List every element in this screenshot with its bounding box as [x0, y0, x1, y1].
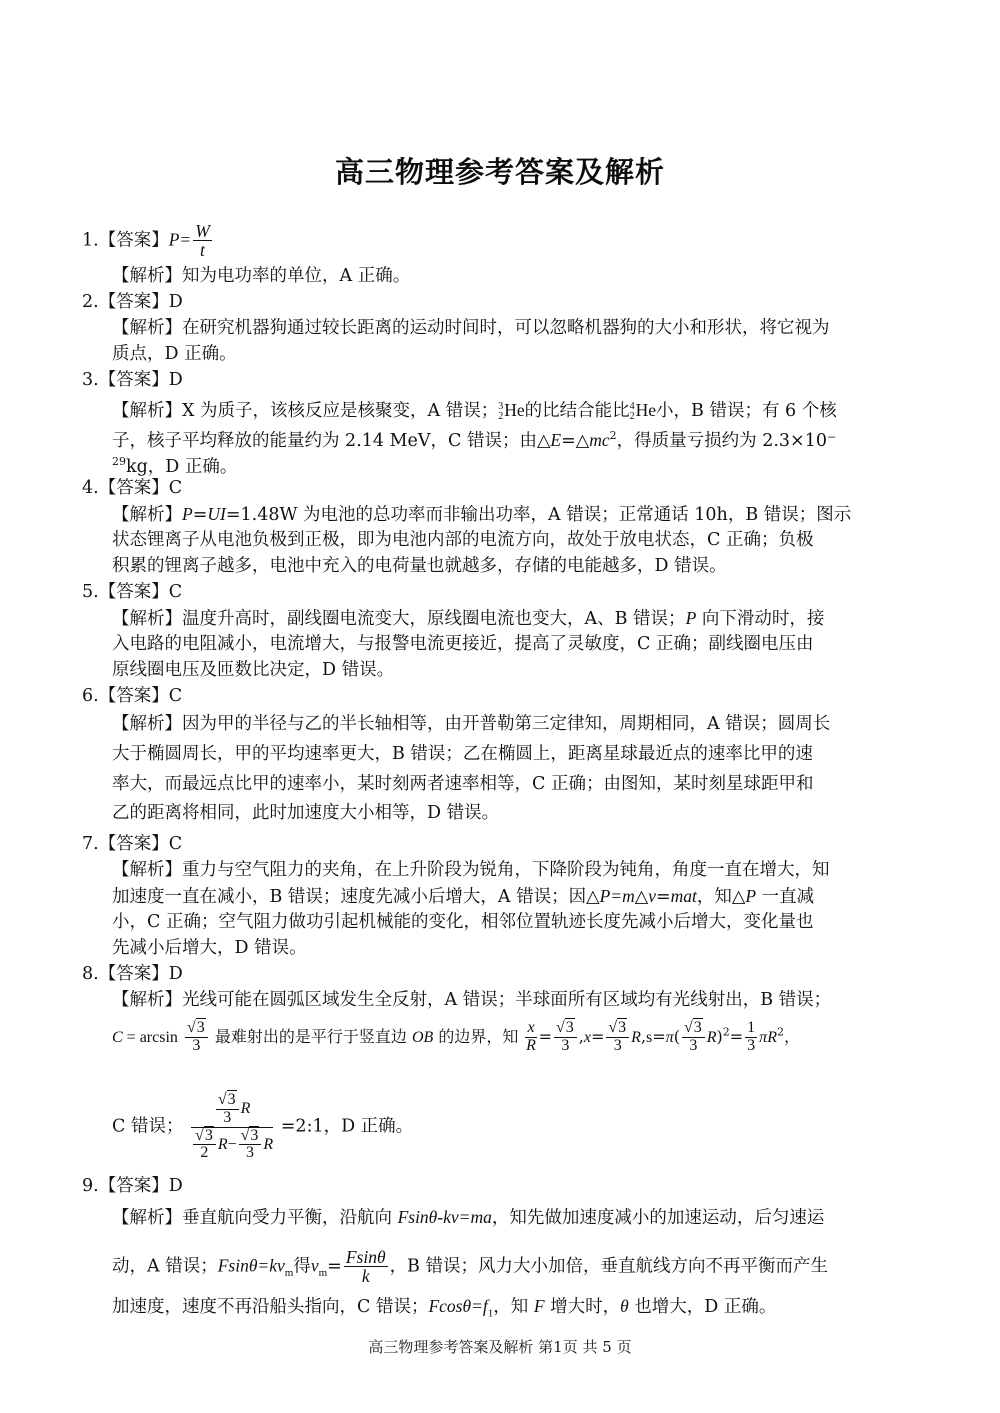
question-2-answer: 2.【答案】D — [82, 290, 183, 314]
analysis-line: 先减小后增大，D 错误。 — [112, 936, 307, 960]
var-C: C — [112, 1029, 123, 1046]
question-number: 3. — [82, 370, 99, 390]
analysis-line: 动，A 错误；Fsinθ=kvm得vm=Fsinθk，B 错误；风力大小加倍，垂… — [112, 1248, 828, 1286]
analysis-text: 增大时， — [545, 1297, 621, 1317]
analysis-text: ，知先做加速度减小的加速运动，后匀速运 — [492, 1208, 825, 1228]
question-2-analysis: 【解析】在研究机器狗通过较长距离的运动时间时，可以忽略机器狗的大小和形状，将它视… — [112, 316, 830, 340]
question-3-analysis: 【解析】X 为质子，该核反应是核聚变，A 错误；32He的比结合能比42He小，… — [112, 398, 837, 423]
pi: π — [666, 1029, 674, 1046]
fraction-fsin-over-k: Fsinθk — [344, 1248, 388, 1286]
radicand: 3 — [617, 1018, 627, 1036]
var-R: R — [631, 1029, 641, 1046]
radicand: 3 — [693, 1018, 703, 1036]
var-R: R — [707, 1029, 717, 1046]
analysis-text: 动，A 错误； — [112, 1256, 218, 1276]
question-5-answer: 5.【答案】C — [82, 580, 182, 604]
question-4-analysis: 【解析】P=UI=1.48W 为电池的总功率而非输出功率，A 错误；正常通话 1… — [112, 502, 851, 527]
denominator: 3 — [216, 1110, 239, 1127]
analysis-line: 原线圈电压及匝数比决定，D 错误。 — [112, 658, 394, 682]
numerator: √3 — [554, 1020, 577, 1038]
formula: Fsinθ=kv — [218, 1255, 285, 1275]
question-number: 5. — [82, 582, 99, 602]
analysis-tag: 【解析】 — [112, 505, 182, 525]
analysis-text: ，知 — [493, 1297, 534, 1317]
fraction-x-over-R: xR — [525, 1020, 536, 1055]
question-6-analysis: 【解析】因为甲的半径与乙的半长轴相等，由开普勒第三定律知，周期相同，A 错误；圆… — [112, 712, 830, 736]
analysis-line: 光线可能在圆弧区域发生全反射，A 错误；半球面所有区域均有光线射出，B 错误； — [182, 990, 831, 1010]
minus: − — [228, 1136, 237, 1153]
superscript: 2 — [610, 429, 617, 442]
element-symbol: He — [504, 400, 524, 420]
var-x: x — [584, 1029, 591, 1046]
answer-value: D — [169, 370, 183, 390]
page-title: 高三物理参考答案及解析 — [0, 150, 1000, 191]
denominator: 3 — [682, 1038, 705, 1055]
question-3-answer: 3.【答案】D — [82, 368, 183, 392]
analysis-line: 因为甲的半径与乙的半长轴相等，由开普勒第三定律知，周期相同，A 错误；圆周长 — [182, 714, 830, 734]
var-mc: mc — [589, 430, 609, 450]
punctuation: ， — [784, 1027, 800, 1046]
numerator: √3 — [216, 1092, 239, 1110]
answer-value: D — [169, 292, 183, 312]
fraction-sqrt3-over-3: √33 — [216, 1092, 239, 1127]
answer-tag: 【答案】 — [99, 478, 169, 498]
var-P: P — [600, 886, 611, 906]
superscript: ⁻ — [827, 431, 836, 451]
answer-tag: 【答案】 — [99, 834, 169, 854]
denominator: 3 — [606, 1038, 629, 1055]
question-9-analysis: 【解析】垂直航向受力平衡，沿航向 Fsinθ-kv=ma，知先做加速度减小的加速… — [112, 1205, 824, 1230]
answer-fraction: Wt — [193, 222, 212, 260]
denominator: R — [525, 1038, 536, 1055]
numerator: √3 — [606, 1020, 629, 1038]
analysis-tag: 【解析】 — [112, 1208, 182, 1228]
fraction-sqrt3-over-2: √32 — [193, 1128, 216, 1163]
answer-tag: 【答案】 — [99, 230, 169, 250]
formula: Fcosθ=f — [428, 1296, 487, 1316]
answer-value: C — [169, 478, 182, 498]
var-R: R — [767, 1029, 777, 1046]
question-1-answer: 1.【答案】P=Wt — [82, 222, 214, 260]
analysis-tag: 【解析】 — [112, 990, 182, 1010]
question-4-answer: 4.【答案】C — [82, 476, 182, 500]
analysis-text: 温度升高时，副线圈电流变大，原线圈电流也变大，A、B 错误； — [182, 609, 686, 629]
analysis-text: 加速度一直在减小，B 错误；速度先减小后增大，A 错误；因△ — [112, 887, 600, 907]
var-F: F — [534, 1296, 545, 1316]
radicand: 3 — [227, 1090, 237, 1108]
charge-number: 2 — [498, 412, 503, 422]
question-7-answer: 7.【答案】C — [82, 832, 182, 856]
var-v: v — [311, 1255, 319, 1275]
answer-lhs: P= — [169, 229, 192, 249]
analysis-line: 加速度一直在减小，B 错误；速度先减小后增大，A 错误；因△P=m△v=mat，… — [112, 884, 814, 909]
numerator: Fsinθ — [344, 1248, 388, 1267]
analysis-tag: 【解析】 — [112, 266, 182, 286]
analysis-line: 大于椭圆周长，甲的平均速率更大，B 错误；乙在椭圆上，距离星球最近点的速率比甲的… — [112, 742, 813, 766]
answer-value: D — [169, 1176, 183, 1196]
analysis-text: ，B 错误；风力大小加倍，垂直航线方向不再平衡而产生 — [390, 1256, 828, 1276]
formula: Fsinθ-kv=ma — [398, 1207, 492, 1227]
question-number: 1. — [82, 230, 99, 250]
denominator: 3 — [239, 1145, 262, 1162]
equals: = — [193, 505, 208, 525]
question-number: 4. — [82, 478, 99, 498]
analysis-line: 率大，而最远点比甲的速率小，某时刻两者速率相等，C 正确；由图知，某时刻星球距甲… — [112, 772, 813, 796]
analysis-line: 质点，D 正确。 — [112, 342, 237, 366]
delta: △ — [635, 887, 648, 907]
fraction-sqrt3-over-3: √33 — [682, 1020, 705, 1055]
analysis-line: 29kg，D 正确。 — [112, 450, 237, 479]
answer-tag: 【答案】 — [99, 686, 169, 706]
analysis-text: ，得质量亏损约为 2.3×10 — [617, 431, 827, 451]
analysis-text: 的边界，知 — [433, 1027, 518, 1046]
numerator: 1 — [745, 1020, 757, 1038]
fraction-1-over-3: 13 — [745, 1020, 757, 1055]
superscript: 29 — [112, 455, 126, 468]
analysis-ratio-line: C 错误； √33R √32R−√33R =2:1，D 正确。 — [112, 1092, 413, 1162]
answer-tag: 【答案】 — [99, 964, 169, 984]
question-9-answer: 9.【答案】D — [82, 1174, 183, 1198]
numerator: W — [193, 222, 212, 241]
fraction-sqrt3-over-3: √33 — [239, 1128, 262, 1163]
fraction-sqrt3-over-3: √33 — [185, 1020, 208, 1055]
radicand: 3 — [249, 1126, 259, 1144]
analysis-line: 乙的距离将相同，此时加速度大小相等，D 错误。 — [112, 801, 499, 825]
ratio-denominator: √32R−√33R — [191, 1128, 273, 1163]
analysis-text: 也增大，D 正确。 — [629, 1297, 777, 1317]
answer-value: D — [169, 964, 183, 984]
var-m: =m — [610, 886, 634, 906]
analysis-tag: 【解析】 — [112, 401, 182, 421]
question-1-analysis: 【解析】知为电功率的单位，A 正确。 — [112, 264, 410, 288]
analysis-line: 积累的锂离子越多，电池中充入的电荷量也就越多，存储的电能越多，D 错误。 — [112, 554, 727, 578]
radicand: 3 — [565, 1018, 575, 1036]
var-R: R — [263, 1136, 273, 1153]
analysis-tag: 【解析】 — [112, 714, 182, 734]
analysis-text: 垂直航向受力平衡，沿航向 — [182, 1208, 398, 1228]
radicand: 3 — [196, 1018, 206, 1036]
analysis-text: =△ — [561, 431, 589, 451]
denominator: k — [344, 1267, 388, 1285]
question-8-answer: 8.【答案】D — [82, 962, 183, 986]
analysis-line: 小，C 正确；空气阻力做功引起机械能的变化，相邻位置轨迹长度先减小后增大，变化量… — [112, 910, 813, 934]
denominator: 3 — [745, 1038, 757, 1055]
analysis-text: =2:1，D 正确。 — [281, 1117, 413, 1137]
analysis-text: ，知△ — [697, 887, 745, 907]
superscript: 2 — [777, 1025, 784, 1038]
analysis-text: 向下滑动时，接 — [696, 609, 824, 629]
question-number: 9. — [82, 1176, 99, 1196]
analysis-line: 知为电功率的单位，A 正确。 — [182, 266, 410, 286]
analysis-line: 子，核子平均释放的能量约为 2.14 MeV，C 错误；由△E=△mc2，得质量… — [112, 424, 836, 453]
superscript: 2 — [723, 1025, 730, 1038]
question-number: 8. — [82, 964, 99, 984]
charge-number: 2 — [630, 412, 635, 422]
func-arcsin: arcsin — [140, 1029, 178, 1046]
answer-value: C — [169, 582, 182, 602]
analysis-tag: 【解析】 — [112, 860, 182, 880]
var-mat: mat — [671, 886, 697, 906]
analysis-text: 得 — [293, 1256, 311, 1276]
analysis-tag: 【解析】 — [112, 609, 182, 629]
answer-value: C — [169, 686, 182, 706]
equals: = — [123, 1029, 140, 1046]
analysis-line: 重力与空气阻力的夹角，在上升阶段为锐角，下降阶段为钝角，角度一直在增大，知 — [182, 860, 830, 880]
var-s: s — [646, 1029, 652, 1046]
analysis-formula-line: C = arcsin √33 最难射出的是平行于竖直边 OB 的边界，知 xR=… — [112, 1020, 800, 1055]
var-OB: OB — [412, 1029, 433, 1046]
radicand: 3 — [204, 1126, 214, 1144]
analysis-text: 子，核子平均释放的能量约为 2.14 MeV，C 错误；由△ — [112, 431, 550, 451]
numerator: √3 — [185, 1020, 208, 1038]
numerator: √3 — [682, 1020, 705, 1038]
pi: π — [759, 1029, 767, 1046]
var-P: P — [182, 504, 193, 524]
question-number: 2. — [82, 292, 99, 312]
ratio-numerator: √33R — [191, 1092, 273, 1128]
var-P: P — [745, 886, 756, 906]
var-P: P — [686, 608, 697, 628]
subscript: m — [319, 1267, 328, 1279]
denominator: 2 — [193, 1145, 216, 1162]
analysis-line: 在研究机器狗通过较长距离的运动时间时，可以忽略机器狗的大小和形状，将它视为 — [182, 318, 830, 338]
question-5-analysis: 【解析】温度升高时，副线圈电流变大，原线圈电流也变大，A、B 错误；P 向下滑动… — [112, 606, 824, 631]
var-E: E — [550, 430, 561, 450]
denominator: t — [193, 241, 212, 259]
nuclide-he4: 42 — [630, 402, 635, 422]
question-8-analysis: 【解析】光线可能在圆弧区域发生全反射，A 错误；半球面所有区域均有光线射出，B … — [112, 988, 831, 1012]
analysis-tag: 【解析】 — [112, 318, 182, 338]
analysis-line: 状态锂离子从电池负极到正极，即为电池内部的电流方向，故处于放电状态，C 正确；负… — [112, 528, 813, 552]
analysis-text: X 为质子，该核反应是核聚变，A 错误； — [182, 401, 498, 421]
numerator: x — [525, 1020, 536, 1038]
fraction-sqrt3-over-3: √33 — [554, 1020, 577, 1055]
denominator: 3 — [185, 1038, 208, 1055]
analysis-line: 入电路的电阻减小，电流增大，与报警电流更接近，提高了灵敏度，C 正确；副线圈电压… — [112, 632, 813, 656]
equals: = — [327, 1256, 342, 1276]
numerator: √3 — [193, 1128, 216, 1146]
question-number: 6. — [82, 686, 99, 706]
var-v: v — [648, 886, 656, 906]
answer-tag: 【答案】 — [99, 582, 169, 602]
question-6-answer: 6.【答案】C — [82, 684, 182, 708]
analysis-line: 加速度，速度不再沿船头指向，C 错误；Fcosθ=f1，知 F 增大时，θ 也增… — [112, 1294, 776, 1326]
page-footer: 高三物理参考答案及解析 第1页 共 5 页 — [0, 1336, 1000, 1357]
var-UI: UI — [207, 504, 225, 524]
mass-number: 3 — [498, 402, 503, 412]
analysis-text: C 错误； — [112, 1117, 183, 1137]
fraction-sqrt3-over-3: √33 — [606, 1020, 629, 1055]
question-number: 7. — [82, 834, 99, 854]
analysis-text: =1.48W 为电池的总功率而非输出功率，A 错误；正常通话 10h，B 错误；… — [226, 505, 851, 525]
equals: = — [656, 887, 671, 907]
denominator: 3 — [554, 1038, 577, 1055]
element-symbol: He — [636, 400, 656, 420]
nuclide-he3: 32 — [498, 402, 503, 422]
answer-tag: 【答案】 — [99, 370, 169, 390]
answer-value: C — [169, 834, 182, 854]
answer-tag: 【答案】 — [99, 292, 169, 312]
ratio-fraction: √33R √32R−√33R — [191, 1092, 273, 1162]
answer-tag: 【答案】 — [99, 1176, 169, 1196]
analysis-text: 最难射出的是平行于竖直边 — [215, 1027, 412, 1046]
question-7-analysis: 【解析】重力与空气阻力的夹角，在上升阶段为锐角，下降阶段为钝角，角度一直在增大，… — [112, 858, 830, 882]
analysis-text: 一直减 — [756, 887, 814, 907]
var-theta: θ — [620, 1296, 629, 1316]
mass-number: 4 — [630, 402, 635, 412]
var-R: R — [241, 1100, 251, 1117]
analysis-text: 小，B 错误；有 6 个核 — [656, 401, 837, 421]
analysis-text: 加速度，速度不再沿船头指向，C 错误； — [112, 1297, 428, 1317]
var-R: R — [218, 1136, 228, 1153]
analysis-text: 的比结合能比 — [525, 401, 630, 421]
numerator: √3 — [239, 1128, 262, 1146]
analysis-text: kg，D 正确。 — [126, 457, 237, 477]
